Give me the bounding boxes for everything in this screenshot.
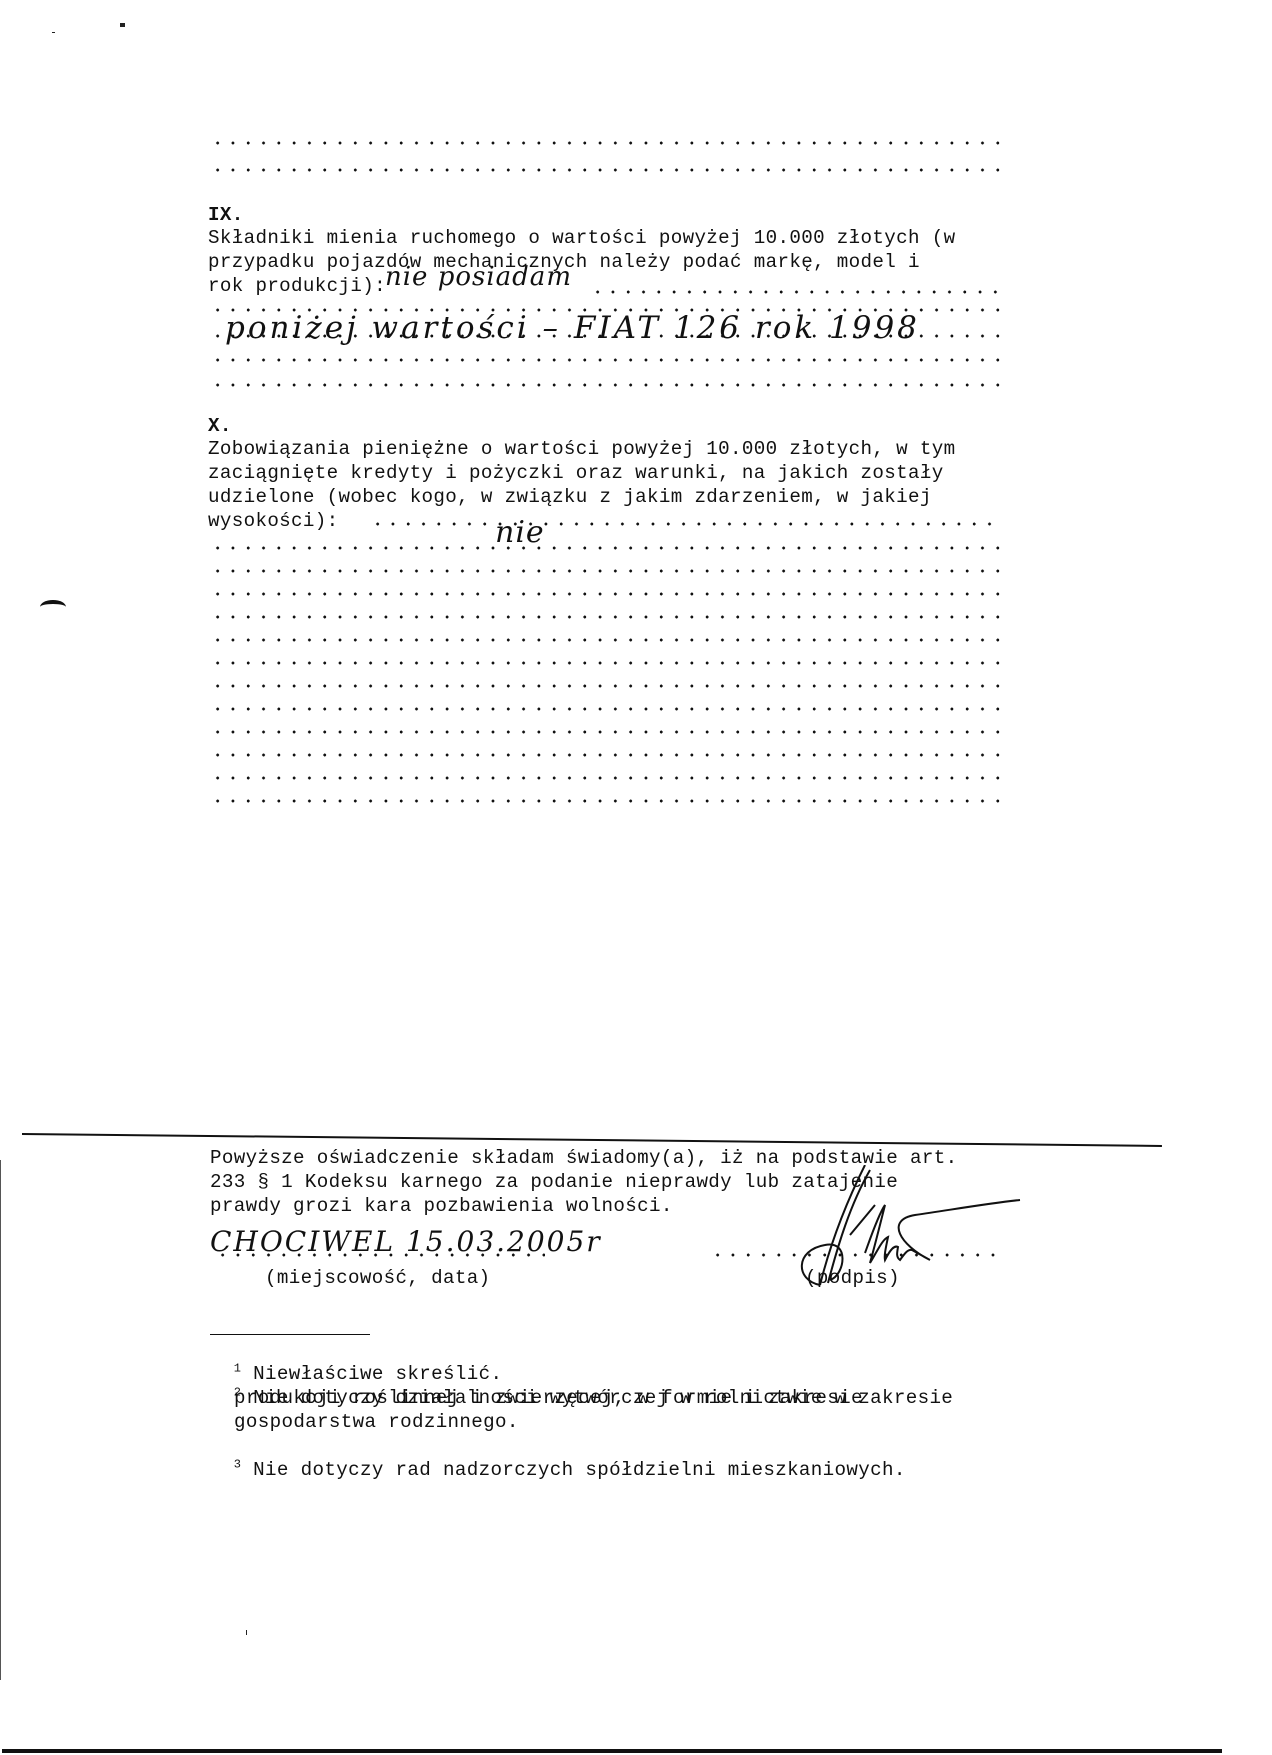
footnote-separator (210, 1334, 370, 1335)
handwritten-answer-x: nie (495, 515, 545, 550)
dotted-line (590, 290, 1000, 294)
scan-speck (120, 23, 125, 27)
declaration-line-3: prawdy grozi kara pozbawienia wolności. (210, 1194, 673, 1218)
scan-strike-line (22, 1133, 1162, 1147)
dotted-line (210, 638, 1000, 642)
dotted-line (210, 753, 1000, 757)
dotted-line (370, 522, 1000, 526)
signature-label: (podpis) (805, 1266, 900, 1290)
section-x-text-line-3: udzielone (wobec kogo, w związku z jakim… (208, 485, 932, 509)
left-edge-line (0, 1160, 1, 1680)
footnote-mark: 3 (234, 1458, 242, 1472)
scan-speck (52, 32, 55, 33)
dotted-line (210, 684, 1000, 688)
dotted-line (210, 615, 1000, 619)
section-ix-number: IX. (208, 203, 244, 227)
scan-speck (246, 1630, 247, 1635)
dotted-line (210, 592, 1000, 596)
section-x-text-line-4: wysokości): (208, 509, 339, 533)
scan-bottom-edge (2, 1749, 1222, 1753)
section-x-text-line-2: zaciągnięte kredyty i pożyczki oraz waru… (208, 461, 944, 485)
dotted-line (210, 661, 1000, 665)
dotted-line (210, 383, 1000, 387)
dotted-line (210, 730, 1000, 734)
place-date-label: (miejscowość, data) (265, 1266, 490, 1290)
hole-punch-mark (40, 600, 66, 614)
footnote-2-line-2: produkcji roślinnej i zwierzęcej, w form… (234, 1386, 863, 1410)
footnote-3: 3 Nie dotyczy rad nadzorczych spółdzieln… (210, 1434, 906, 1482)
dotted-line (210, 569, 1000, 573)
dotted-line (210, 141, 1000, 145)
dotted-line (210, 334, 1000, 338)
section-x-text-line-1: Zobowiązania pieniężne o wartości powyże… (208, 437, 955, 461)
dotted-line (210, 799, 1000, 803)
section-ix-text-line-1: Składniki mienia ruchomego o wartości po… (208, 226, 955, 250)
footnote-text: Nie dotyczy rad nadzorczych spółdzielni … (253, 1459, 906, 1481)
section-ix-text-line-3: rok produkcji): (208, 274, 386, 298)
place-date-dotted-line (215, 1253, 545, 1257)
dotted-line (210, 776, 1000, 780)
handwritten-answer-ix-2: poniżej wartości – FIAT 126 rok 1998 (225, 310, 920, 346)
dotted-line (210, 546, 1000, 550)
handwritten-answer-ix-1: nie posiadam (385, 262, 572, 292)
section-x-number: X. (208, 414, 232, 438)
dotted-line (210, 168, 1000, 172)
footnote-2-line-3: gospodarstwa rodzinnego. (234, 1410, 519, 1434)
dotted-line (210, 358, 1000, 362)
dotted-line (210, 707, 1000, 711)
